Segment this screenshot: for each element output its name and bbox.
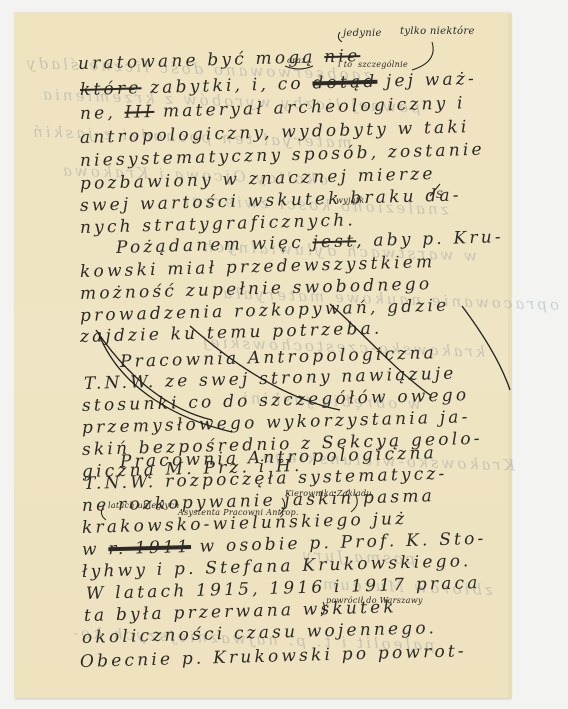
annotation-jedynie: jedynie [343, 28, 382, 39]
paper-edge [508, 14, 512, 698]
annotation-tylko-niektore: tylko niektóre [400, 26, 475, 37]
annotation-szczegolnie: szczególnie [358, 60, 408, 69]
